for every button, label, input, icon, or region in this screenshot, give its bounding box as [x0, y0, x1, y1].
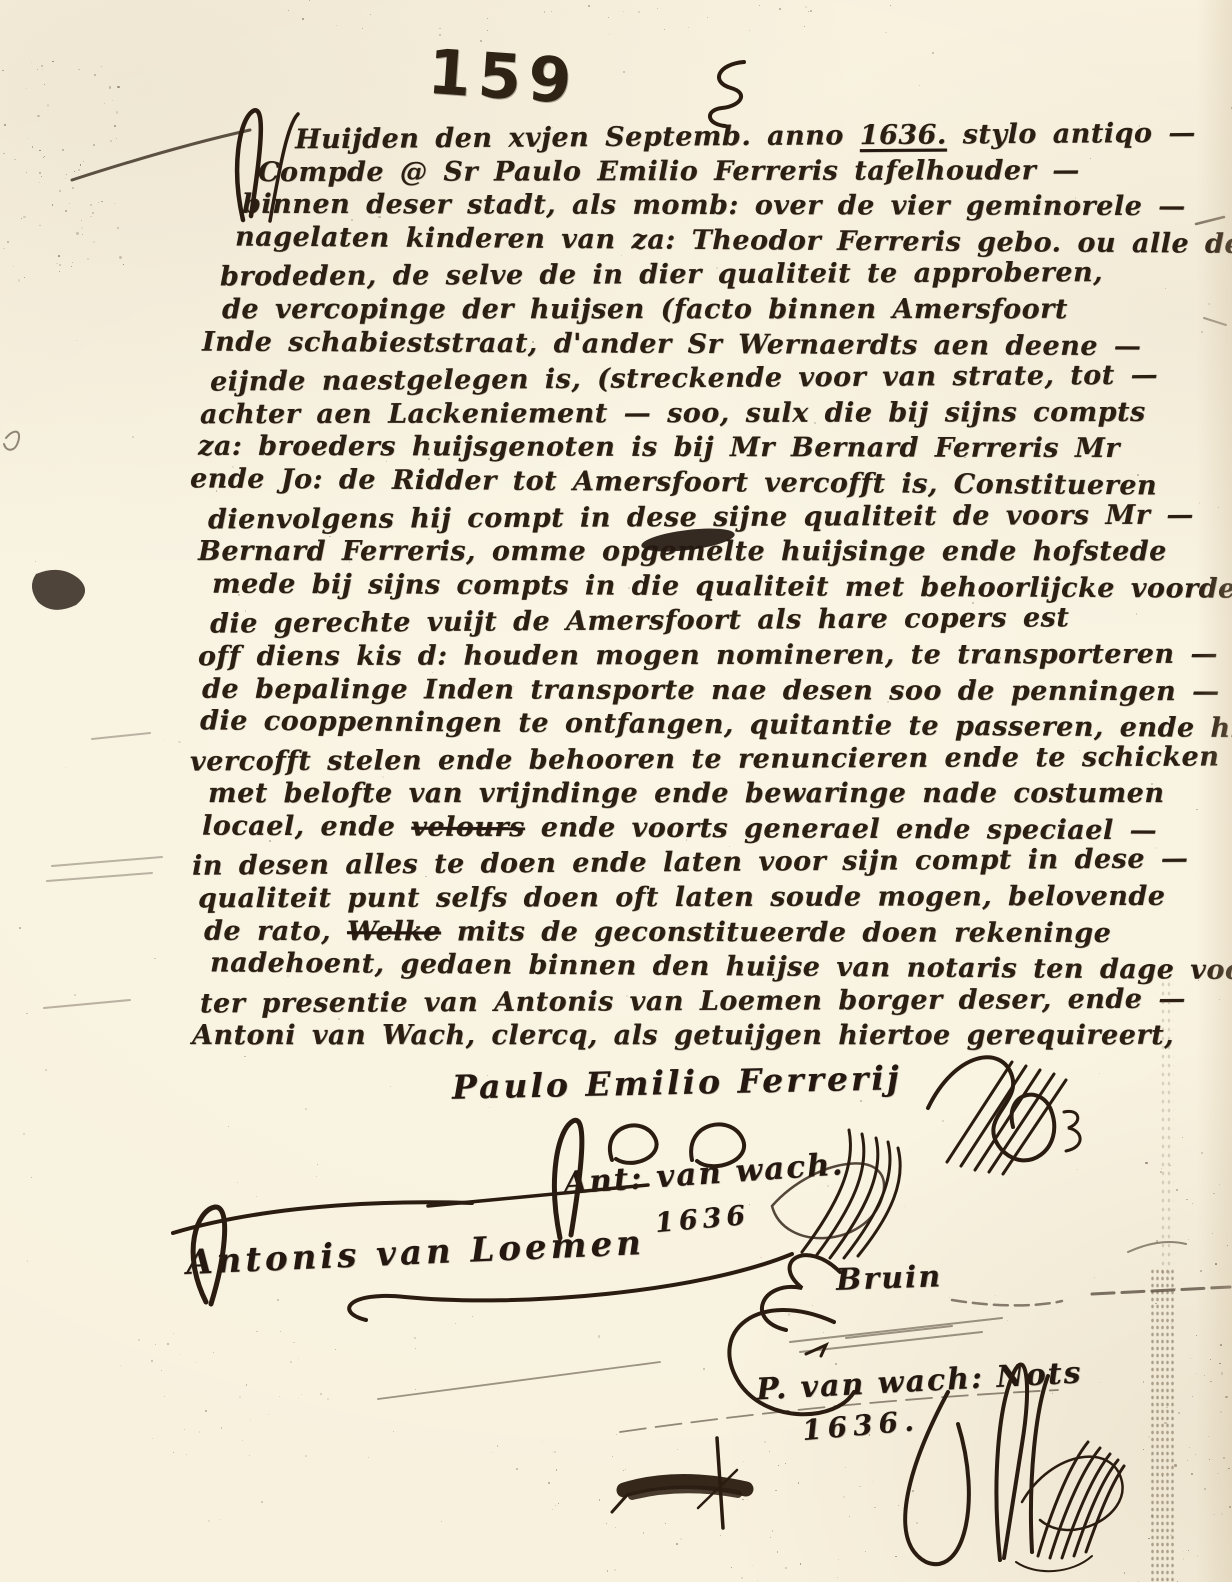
paper-speck [638, 11, 640, 13]
line-text: vercofft stelen ende behooren te renunci… [190, 741, 1219, 777]
manuscript-line: Antoni van Wach, clercq, als getuijgen h… [192, 1019, 1190, 1054]
top-right-curl [710, 62, 744, 126]
paper-speck [752, 1565, 753, 1566]
paper-speck [872, 1481, 874, 1483]
paper-speck [614, 1569, 616, 1571]
paper-speck [1099, 1382, 1100, 1383]
paper-speck [588, 5, 590, 7]
paper-speck [772, 1530, 774, 1532]
paper-speck [556, 1469, 558, 1471]
manuscript-line: die cooppenningen te ontfangen, quitanti… [200, 704, 1190, 746]
line-text: brodeden, de selve de in dier qualiteit … [220, 257, 1103, 292]
paper-speck [455, 1323, 456, 1324]
paper-speck [362, 28, 363, 29]
paper-speck [1178, 1412, 1180, 1414]
paper-speck [1188, 1550, 1189, 1551]
line-text: mits de geconstitueerde doen rekeninge [441, 916, 1111, 949]
paper-speck [544, 11, 546, 13]
paper-speck [26, 88, 27, 89]
paper-speck [167, 1343, 169, 1345]
paper-speck [154, 958, 155, 959]
paper-speck [301, 1394, 302, 1395]
paper-speck [890, 5, 891, 6]
paper-speck [1176, 1189, 1178, 1191]
paper-speck [228, 1126, 229, 1127]
paper-speck [112, 100, 113, 101]
paper-speck [3, 248, 5, 250]
paper-speck [205, 1410, 207, 1412]
paper-speck [47, 104, 49, 106]
paper-speck [370, 14, 371, 15]
paper-speck [707, 17, 708, 18]
paper-speck [93, 144, 95, 146]
paper-speck [71, 266, 72, 267]
paper-speck [1138, 1581, 1139, 1582]
paper-speck [320, 1393, 321, 1394]
paper-speck [912, 1490, 914, 1492]
paper-speck [623, 1470, 624, 1471]
paper-speck [555, 1505, 556, 1506]
paper-speck [1077, 1169, 1078, 1170]
paper-speck [775, 1490, 777, 1492]
paper-speck [213, 1352, 214, 1353]
paper-speck [219, 1519, 220, 1520]
paper-speck [804, 26, 805, 27]
paper-speck [749, 30, 750, 31]
paper-speck [93, 241, 95, 243]
paper-speck [13, 266, 14, 267]
paper-speck [623, 11, 624, 12]
manuscript-body: Huijden den xvjen Septemb. anno 1636. st… [190, 120, 1190, 1054]
paper-speck [78, 169, 80, 171]
paper-speck [132, 436, 133, 437]
line-text: za: broeders huijsgenoten is bij Mr Bern… [198, 431, 1120, 464]
paper-speck [770, 1537, 771, 1538]
paper-speck [859, 1486, 861, 1488]
manuscript-line: Huijden den xvjen Septemb. anno 1636. st… [295, 117, 1190, 158]
paper-speck [1188, 1239, 1189, 1240]
paper-speck [309, 0, 310, 1]
paper-speck [164, 740, 165, 741]
paper-speck [1143, 1449, 1144, 1450]
paper-speck [623, 71, 624, 72]
signature-ant-van-wach: Ant: van wach. [562, 1146, 845, 1202]
line-text: nagelaten kinderen van za: Theodor Ferre… [235, 221, 1232, 259]
paper-speck [598, 1335, 600, 1337]
paper-speck [2, 70, 4, 72]
page-number: 159 [426, 35, 581, 118]
paper-speck [599, 1499, 601, 1501]
paper-speck [244, 1056, 245, 1057]
paper-speck [1191, 1473, 1193, 1475]
paper-speck [849, 1516, 850, 1517]
manuscript-line: Compde @ Sr Paulo Emilio Ferreris tafelh… [258, 153, 1190, 190]
paper-speck [256, 1196, 257, 1197]
paper-speck [835, 1363, 837, 1365]
line-text: ende voorts generael ende speciael — [525, 812, 1157, 846]
paper-speck [196, 1362, 197, 1363]
signature-paulo-emilio-ferrerij: Paulo Emilio Ferrerij [452, 1058, 902, 1106]
paper-speck [742, 1499, 744, 1501]
paper-speck [74, 171, 75, 172]
paper-speck [415, 1389, 416, 1390]
paper-speck [778, 1465, 779, 1466]
paper-speck [487, 18, 488, 19]
paper-speck [268, 1414, 269, 1415]
paper-speck [335, 1349, 336, 1350]
paper-speck [609, 34, 610, 35]
left-edge-curl [4, 432, 19, 450]
margin-dashes [44, 733, 162, 1008]
manuscript-line: met belofte van vrijndinge ende bewaring… [208, 777, 1190, 812]
paper-speck [843, 1496, 845, 1498]
paper-speck [317, 1164, 318, 1165]
manuscript-line: vercofft stelen ende behooren te renunci… [190, 740, 1190, 779]
paper-speck [657, 8, 658, 9]
paper-speck [94, 74, 96, 76]
paper-speck [78, 69, 79, 70]
paper-speck [393, 1431, 395, 1433]
paper-speck [497, 1445, 499, 1447]
paper-speck [305, 1455, 307, 1457]
paper-speck [680, 1538, 682, 1540]
paper-speck [932, 52, 934, 54]
paper-speck [607, 1570, 609, 1572]
paper-speck [949, 1297, 951, 1299]
paper-speck [120, 1365, 121, 1366]
paper-speck [305, 1108, 307, 1110]
paper-speck [186, 1454, 187, 1455]
paper-speck [747, 1499, 748, 1500]
paper-speck [558, 1503, 559, 1504]
paper-speck [800, 1563, 802, 1565]
paper-speck [688, 27, 689, 28]
paper-speck [1192, 1396, 1193, 1397]
paper-speck [415, 1348, 416, 1349]
paper-speck [80, 164, 82, 166]
paper-speck [885, 32, 887, 34]
underlined-word: 1636. [860, 120, 947, 152]
paper-speck [774, 1311, 776, 1313]
paper-speck [41, 176, 42, 177]
paper-speck [1183, 1551, 1184, 1552]
paper-speck [98, 202, 99, 203]
paper-speck [298, 1358, 299, 1359]
paper-speck [703, 1368, 704, 1369]
paper-speck [44, 156, 45, 157]
paper-speck [1187, 1460, 1188, 1461]
paper-speck [152, 1438, 153, 1439]
paper-speck [995, 1295, 996, 1296]
manuscript-line: de bepalinge Inden transporte nae desen … [202, 672, 1190, 709]
paper-speck [44, 84, 45, 85]
scan-grain-strip-upper [1160, 980, 1174, 1280]
paper-speck [117, 227, 119, 229]
paper-speck [1052, 1393, 1053, 1394]
paper-speck [810, 10, 812, 12]
paper-speck [90, 216, 91, 217]
manuscript-line: nadehoent, gedaen binnen den huijse van … [210, 947, 1190, 989]
paper-speck [65, 767, 66, 768]
line-text: de vercopinge der huijsen (facto binnen … [222, 294, 1068, 325]
paper-speck [23, 216, 25, 218]
left-edge-blob [32, 570, 85, 610]
paper-speck [720, 1535, 721, 1536]
paper-speck [92, 212, 93, 213]
paper-speck [805, 6, 807, 8]
paper-speck [58, 255, 60, 257]
paper-speck [487, 30, 488, 31]
paper-speck [1192, 1203, 1193, 1204]
paper-speck [779, 8, 781, 10]
paper-speck [250, 1420, 251, 1421]
paper-speck [1094, 1277, 1095, 1278]
paper-speck [608, 17, 609, 18]
paper-speck [895, 1556, 896, 1557]
paper-speck [52, 204, 54, 206]
paper-speck [18, 279, 20, 281]
paper-speck [1124, 1572, 1126, 1574]
struck-word: Welke [347, 916, 441, 947]
paper-speck [472, 1316, 473, 1317]
paper-speck [109, 86, 111, 88]
paper-speck [178, 741, 180, 743]
paper-speck [1089, 1522, 1090, 1523]
paper-speck [677, 1449, 678, 1450]
paper-speck [116, 111, 118, 113]
paper-speck [542, 1441, 544, 1443]
paper-speck [82, 234, 83, 235]
line-text: locael, ende [202, 810, 411, 842]
paper-speck [785, 1567, 787, 1569]
line-text: de bepalinge Inden transporte nae desen … [202, 673, 1220, 706]
paper-speck [23, 1133, 25, 1135]
manuscript-line: achter aen Lackeniement — soo, sulx die … [200, 396, 1190, 433]
paper-speck [24, 277, 25, 278]
paper-speck [1183, 1558, 1185, 1560]
paper-speck [743, 1461, 744, 1462]
paper-speck [414, 1337, 416, 1339]
line-text: ende Jo: de Ridder tot Amersfoort vercof… [190, 463, 1157, 501]
paper-speck [1175, 1288, 1176, 1289]
paper-speck [173, 1452, 174, 1453]
line-text: qualiteit punt selfs doen oft laten soud… [198, 881, 1165, 914]
manuscript-line: in desen alles te doen ende laten voor s… [192, 843, 1190, 885]
paper-speck [45, 1069, 47, 1071]
paper-speck [327, 1398, 329, 1400]
paper-speck [757, 1580, 758, 1581]
manuscript-line: ende Jo: de Ridder tot Amersfoort vercof… [190, 462, 1190, 504]
paper-speck [548, 1482, 550, 1484]
paper-speck [1182, 1137, 1183, 1138]
paper-speck [66, 174, 67, 175]
manuscript-line: dienvolgens hij compt in dese sijne qual… [208, 498, 1190, 537]
paper-speck [239, 1396, 241, 1398]
paper-speck [808, 11, 809, 12]
paper-speck [794, 1252, 795, 1253]
paper-speck [554, 1451, 555, 1452]
paper-speck [37, 115, 39, 117]
paper-speck [237, 1182, 238, 1183]
line-text: die cooppenningen te ontfangen, quitanti… [200, 705, 1232, 744]
line-text: Huijden den xvjen Septemb. anno [295, 120, 860, 155]
paper-speck [676, 1543, 678, 1545]
paper-speck [919, 85, 920, 86]
paper-speck [827, 1185, 829, 1187]
line-text: off diens kis d: houden mogen nomineren,… [198, 639, 1218, 672]
paper-speck [1145, 1162, 1147, 1164]
line-text: Inde schabieststraat, d'ander Sr Wernaer… [202, 326, 1141, 362]
signature-bruin: Bruin [835, 1259, 942, 1298]
paper-speck [898, 1505, 899, 1506]
line-text: mede bij sijns compts in die qualiteit m… [212, 568, 1232, 604]
paper-speck [1143, 1381, 1145, 1383]
paper-speck [101, 66, 103, 68]
line-text: Antoni van Wach, clercq, als getuijgen h… [192, 1020, 1174, 1051]
paper-speck [39, 225, 40, 226]
signature-notary-year: 1636. [801, 1404, 921, 1447]
paper-speck [552, 1452, 553, 1453]
paper-speck [777, 1551, 779, 1553]
line-text: met belofte van vrijndinge ende bewaring… [208, 778, 1164, 809]
paper-speck [110, 140, 112, 142]
struck-word: velours [411, 811, 525, 843]
paper-speck [31, 1177, 32, 1178]
paper-speck [643, 1532, 645, 1534]
paper-speck [837, 1577, 839, 1579]
paper-speck [288, 10, 289, 11]
paper-speck [26, 172, 27, 173]
paper-speck [155, 1344, 156, 1345]
paper-speck [741, 1577, 743, 1579]
paper-speck [368, 1457, 369, 1458]
paper-speck [90, 204, 92, 206]
paper-speck [35, 561, 36, 562]
paper-speck [127, 162, 128, 163]
paper-speck [173, 1333, 174, 1334]
paper-speck [516, 1468, 518, 1470]
paper-speck [874, 1507, 876, 1509]
paper-speck [441, 1521, 442, 1522]
paper-speck [114, 125, 116, 127]
paper-speck [3, 153, 5, 155]
line-text: nadehoent, gedaen binnen den huijse van … [210, 948, 1232, 987]
paper-speck [114, 203, 116, 205]
paper-speck [279, 1396, 280, 1397]
paper-speck [76, 340, 77, 341]
paper-speck [39, 150, 41, 152]
paper-speck [43, 157, 44, 158]
paper-speck [56, 263, 57, 264]
paper-speck [81, 220, 82, 221]
paper-speck [256, 1331, 258, 1333]
paper-speck [764, 1441, 766, 1443]
paper-speck [390, 1086, 392, 1088]
paper-speck [65, 178, 66, 179]
line-text: stylo antiqo — [947, 118, 1196, 151]
paper-speck [838, 1559, 839, 1560]
line-text: ter presentie van Antonis van Loemen bor… [200, 983, 1186, 1019]
paper-speck [261, 1501, 263, 1503]
manuscript-line: de rato, Welke mits de geconstitueerde d… [204, 914, 1190, 951]
scan-grain-strip [1150, 1268, 1174, 1582]
paper-speck [87, 258, 89, 260]
paper-speck [845, 1467, 846, 1468]
paper-speck [439, 28, 440, 29]
paper-speck [42, 69, 43, 70]
line-text: eijnde naestgelegen is, (streckende voor… [210, 360, 1158, 398]
paper-speck [83, 161, 84, 162]
paper-speck [242, 1440, 243, 1441]
paper-speck [798, 1482, 800, 1484]
paper-speck [1156, 1240, 1158, 1242]
paper-speck [625, 1469, 627, 1471]
paper-speck [41, 65, 43, 67]
paper-speck [65, 210, 67, 212]
paper-speck [769, 1451, 770, 1452]
manuscript-line: de vercopinge der huijsen (facto binnen … [222, 293, 1190, 328]
paper-speck [552, 1509, 553, 1510]
line-text: de rato, [204, 915, 347, 946]
paper-speck [823, 1332, 824, 1333]
paper-speck [904, 1206, 905, 1207]
paper-speck [615, 1527, 616, 1528]
signature-notary-van-wach: P. van wach: Nots [755, 1355, 1083, 1407]
paper-speck [942, 1120, 944, 1122]
paper-speck [221, 1427, 223, 1429]
paper-speck [1189, 1447, 1190, 1448]
paper-speck [72, 262, 73, 263]
paper-speck [69, 203, 70, 204]
paper-speck [59, 190, 61, 192]
paper-speck [52, 61, 53, 62]
line-text: in desen alles te doen ende laten voor s… [192, 844, 1189, 882]
paper-speck [664, 29, 665, 30]
paper-speck [1101, 1468, 1102, 1469]
paper-speck [76, 232, 78, 234]
paper-speck [119, 256, 121, 258]
signature-antonis-van-loemen: Antonis van Loemen [185, 1223, 645, 1283]
paper-speck [551, 11, 552, 12]
paper-speck [492, 1452, 493, 1453]
paper-speck [164, 1396, 165, 1397]
manuscript-page: Huijden den xvjen Septemb. anno 1636. st… [0, 0, 1232, 1582]
paper-speck [28, 138, 29, 139]
notary-paraph [378, 1310, 1124, 1571]
paper-speck [1190, 1358, 1191, 1359]
manuscript-line: binnen deser stadt, als momb: over de vi… [242, 188, 1190, 225]
paper-speck [298, 1398, 299, 1399]
paper-speck [72, 187, 74, 189]
paper-speck [1174, 1464, 1176, 1466]
paper-speck [161, 1370, 163, 1372]
scan-edge-shadow [1196, 0, 1232, 1582]
paper-speck [74, 994, 76, 996]
paper-speck [812, 1305, 813, 1306]
paper-speck [293, 1342, 295, 1344]
paper-speck [81, 227, 83, 229]
manuscript-line: ter presentie van Antonis van Loemen bor… [200, 982, 1190, 1021]
line-text: Bernard Ferreris, omme opgemelte huijsin… [198, 536, 1167, 567]
paper-speck [612, 1456, 614, 1458]
paper-speck [616, 1434, 617, 1435]
paper-speck [37, 69, 38, 70]
party-paraph [928, 1057, 1080, 1174]
paper-speck [246, 1384, 247, 1385]
paper-speck [101, 201, 103, 203]
manuscript-line: za: broeders huijsgenoten is bij Mr Bern… [198, 430, 1190, 467]
line-text: Compde @ Sr Paulo Emilio Ferreris tafelh… [258, 155, 1080, 188]
